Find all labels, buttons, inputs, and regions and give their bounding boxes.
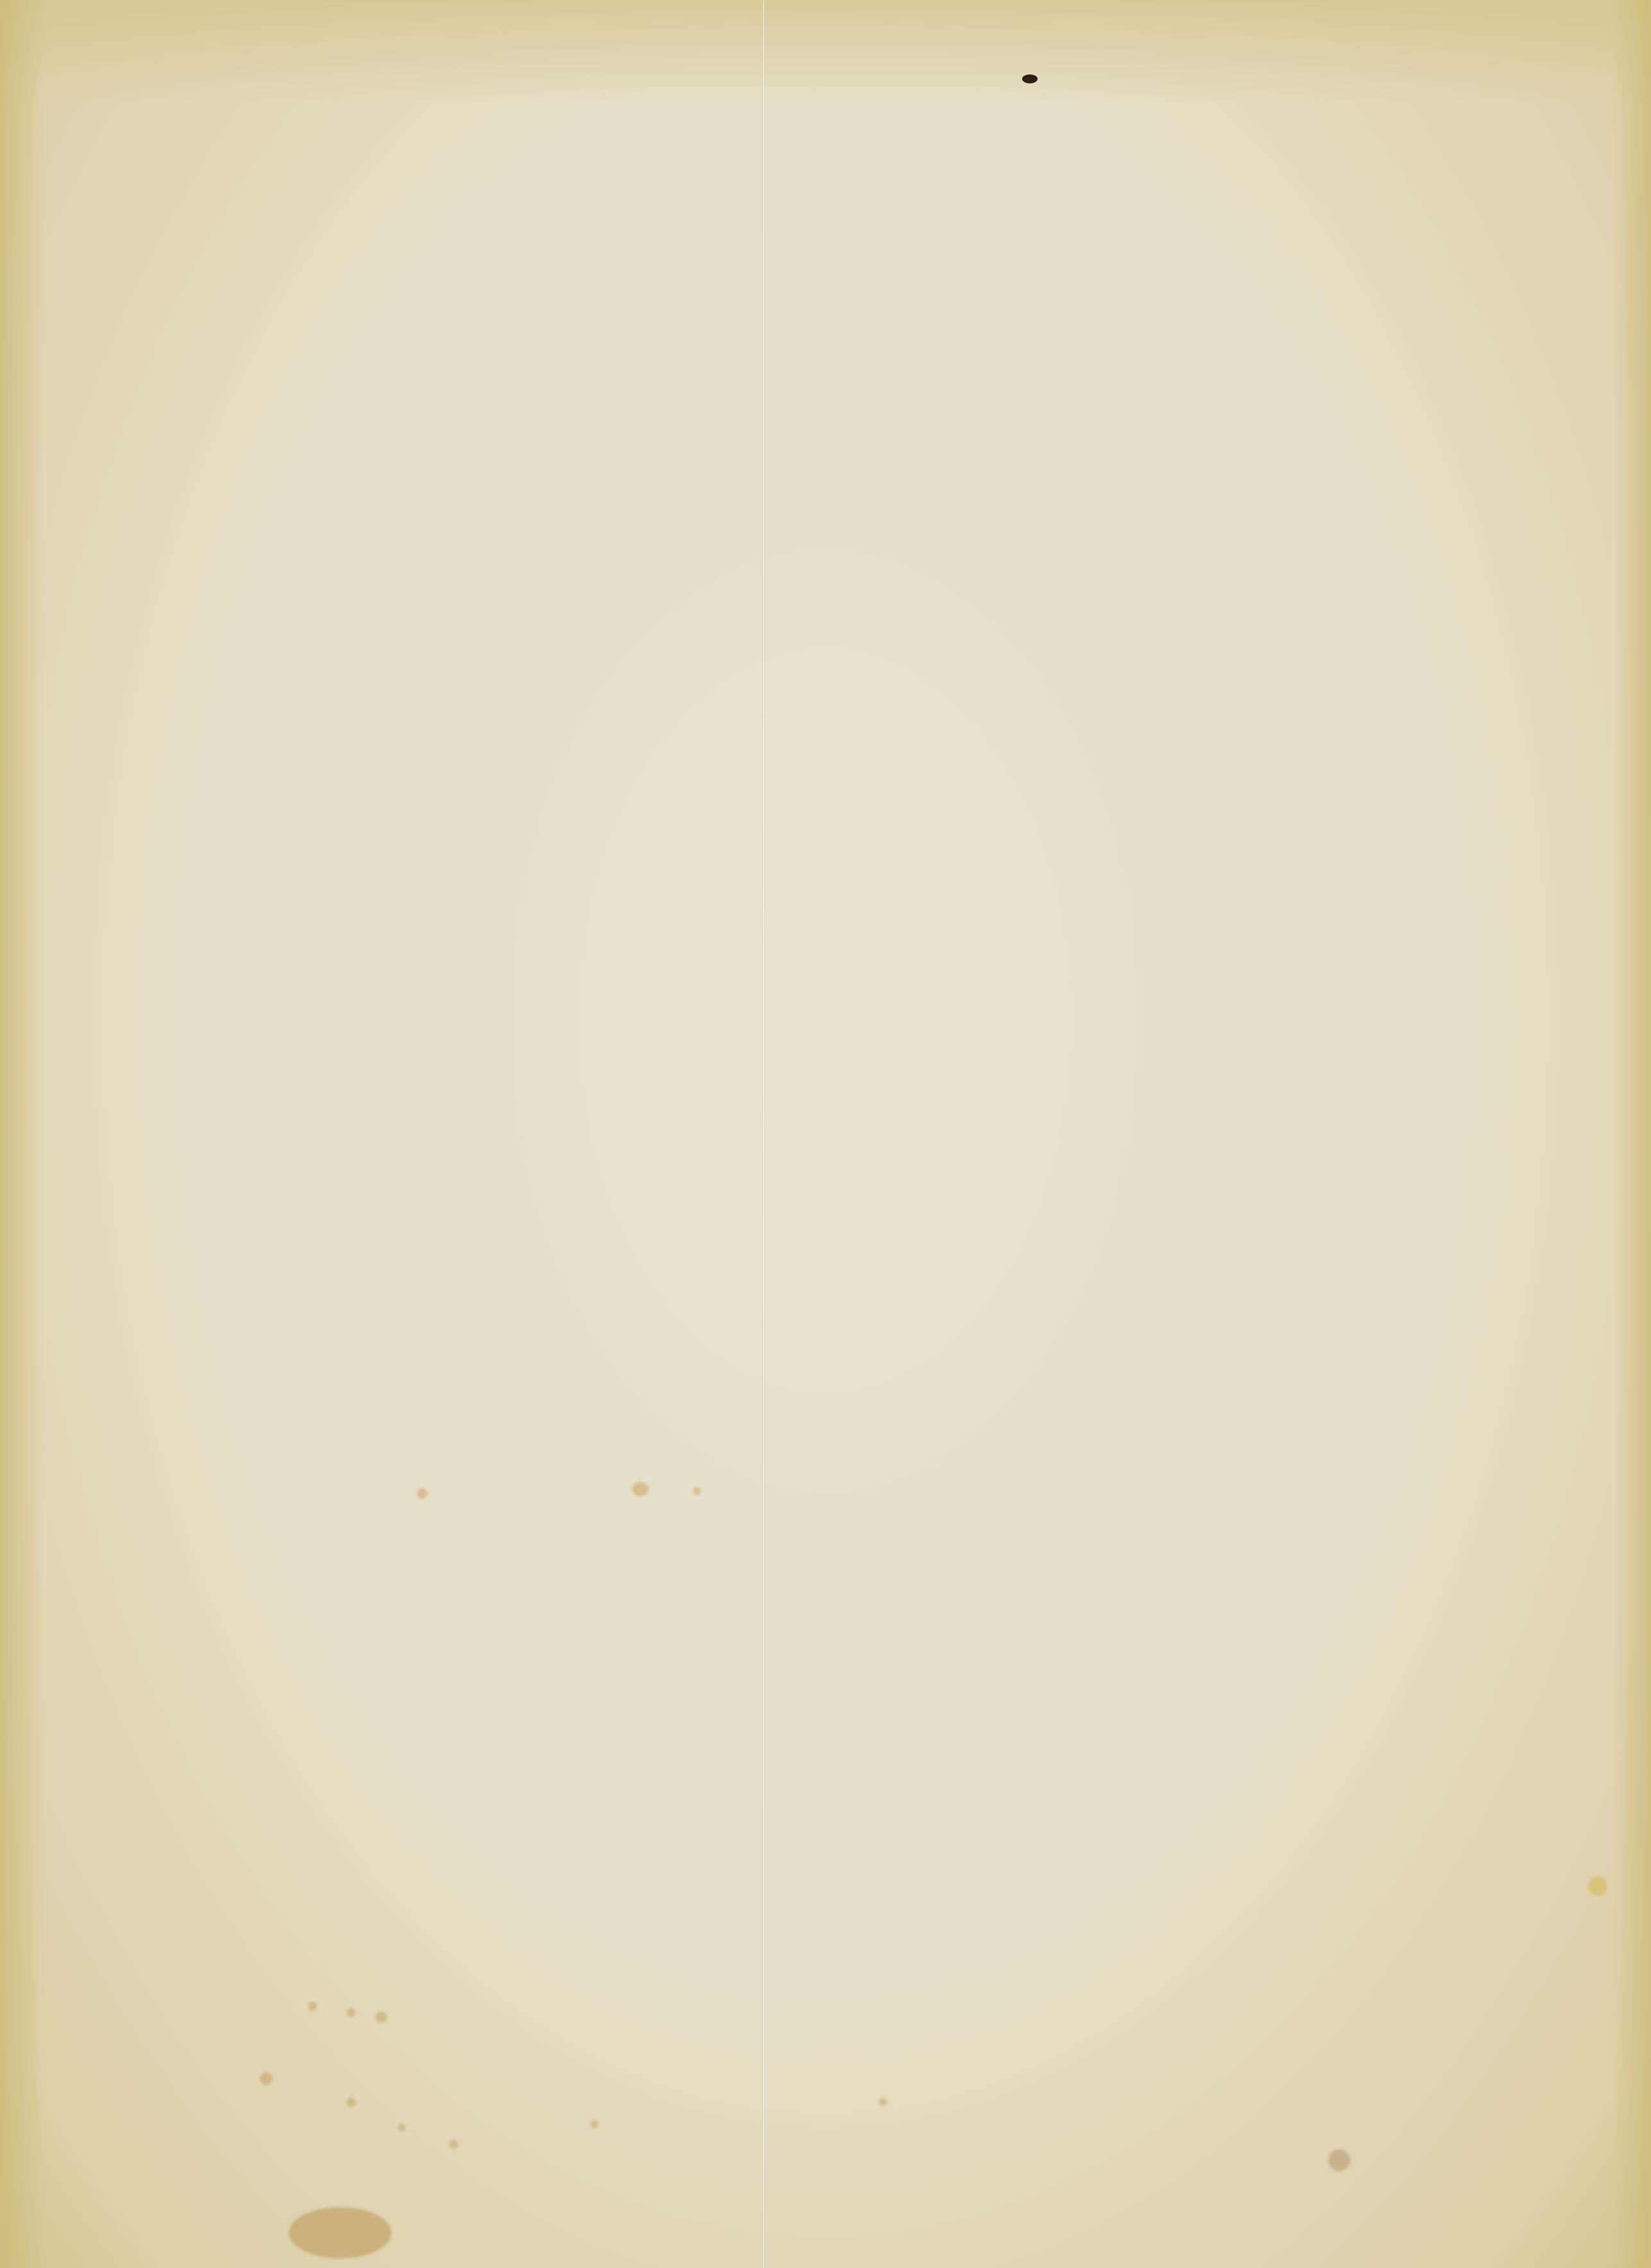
stain (693, 1487, 701, 1495)
stain (308, 2002, 317, 2011)
stain (289, 2207, 391, 2258)
stain (346, 2098, 355, 2107)
stain (1588, 1877, 1607, 1896)
stain (632, 1482, 649, 1496)
right-edge-toning (1613, 0, 1651, 2268)
stain (449, 2140, 458, 2149)
stain (398, 2124, 406, 2131)
stain (375, 2011, 387, 2023)
stain (1328, 2149, 1350, 2171)
top-edge-toning (0, 0, 1651, 103)
stain (346, 2008, 355, 2017)
stain (879, 2098, 887, 2106)
left-edge-toning (0, 0, 45, 2268)
stain (417, 1488, 427, 1499)
blank-paper-page (0, 0, 1651, 2268)
stain (260, 2072, 273, 2085)
center-fold-line (762, 0, 765, 2268)
stain (590, 2120, 598, 2128)
ink-speck (1022, 74, 1038, 83)
